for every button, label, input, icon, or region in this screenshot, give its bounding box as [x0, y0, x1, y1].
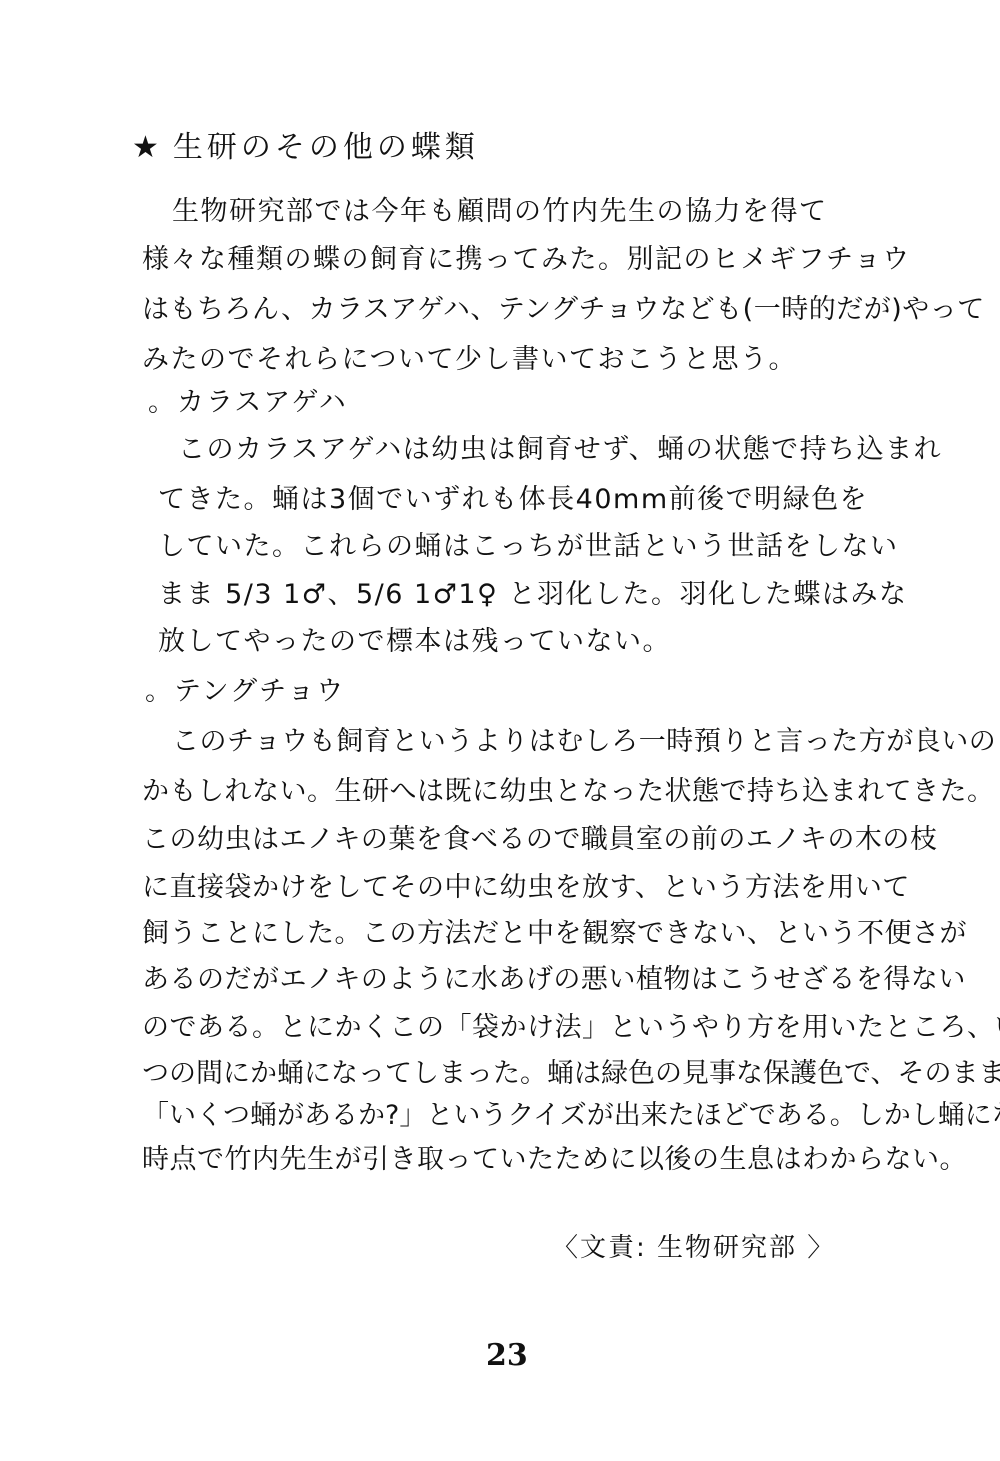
section-line: 放してやったので標本は残っていない。: [158, 622, 671, 662]
section-line: していた。これらの蛹はこっちが世話という世話をしない: [158, 527, 898, 567]
page-title: ★生研のその他の蝶類: [132, 126, 479, 170]
section-line: 飼うことにした。この方法だと中を観察できない、という不便さが: [142, 914, 967, 954]
star-icon: ★: [132, 130, 163, 165]
intro-line: 生物研究部では今年も顧問の竹内先生の協力を得て: [172, 192, 828, 232]
page-number: 23: [486, 1336, 528, 1376]
section-line: このチョウも飼育というよりはむしろ一時預りと言った方が良いの: [172, 722, 996, 762]
title-text: 生研のその他の蝶類: [173, 130, 479, 165]
section-heading-tengu-chou: 。テングチョウ: [145, 672, 345, 712]
section-line: あるのだがエノキのように水あげの悪い植物はこうせざるを得ない: [142, 960, 966, 1000]
section-line: に直接袋かけをしてその中に幼虫を放す、という方法を用いて: [142, 868, 910, 908]
section-line: 時点で竹内先生が引き取っていたために以後の生息はわからない。: [142, 1140, 967, 1180]
document-page: ★生研のその他の蝶類 生物研究部では今年も顧問の竹内先生の協力を得て 様々な種類…: [0, 0, 1000, 1461]
section-line: つの間にか蛹になってしまった。蛹は緑色の見事な保護色で、そのまま: [142, 1054, 1000, 1094]
section-line: かもしれない。生研へは既に幼虫となった状態で持ち込まれてきた。: [142, 772, 995, 812]
section-line: このカラスアゲハは幼虫は飼育せず、蛹の状態で持ち込まれ: [178, 430, 942, 470]
section-line: まま 5/3 1♂、5/6 1♂1♀ と羽化した。羽化した蝶はみな: [158, 575, 907, 615]
intro-line: はもちろん、カラスアゲハ、テングチョウなども(一時的だが)やって: [142, 290, 985, 330]
section-line: てきた。蛹は3個でいずれも体長40mm前後で明緑色を: [158, 480, 868, 520]
section-line: のである。とにかくこの「袋かけ法」というやり方を用いたところ、い: [142, 1008, 1000, 1048]
intro-line: 様々な種類の蝶の飼育に携ってみた。別記のヒメギフチョウ: [142, 240, 911, 280]
author-credit: 〈文責: 生物研究部 〉: [552, 1228, 835, 1268]
section-line: 「いくつ蛹があるか?」というクイズが出来たほどである。しかし蛹になった: [142, 1096, 1000, 1136]
section-heading-karasu-ageha: 。カラスアゲハ: [148, 383, 348, 423]
intro-line: みたのでそれらについて少し書いておこうと思う。: [142, 340, 797, 380]
section-line: この幼虫はエノキの葉を食べるので職員室の前のエノキの木の枝: [142, 820, 937, 860]
